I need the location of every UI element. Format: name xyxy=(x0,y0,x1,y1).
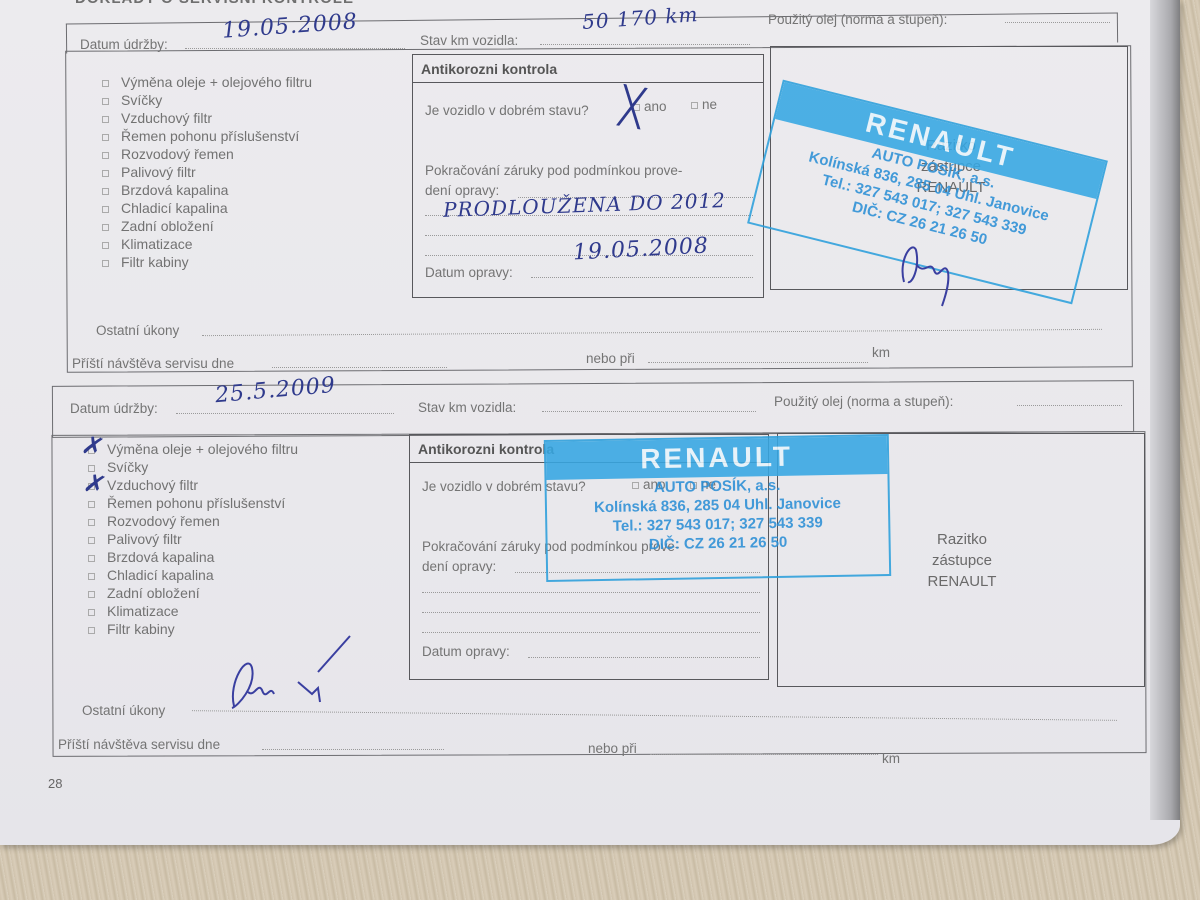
handwritten-x-mark-icon: ╳ xyxy=(618,85,646,129)
checkbox[interactable] xyxy=(102,152,109,159)
label-ostatni-ukony: Ostatní úkony xyxy=(96,323,179,338)
label-km: km xyxy=(872,345,890,360)
signature-2 xyxy=(222,632,362,714)
checkbox[interactable] xyxy=(88,501,95,508)
checkbox-ne[interactable] xyxy=(691,102,698,109)
field-km[interactable] xyxy=(648,362,868,363)
label-zaruka: Pokračování záruky pod podmínkou prove- xyxy=(425,163,682,178)
field-stav-km[interactable] xyxy=(540,44,750,45)
checkbox[interactable] xyxy=(102,80,109,87)
label-zaruka-2: dení opravy: xyxy=(422,559,496,574)
checklist-item[interactable]: Rozvodový řemen xyxy=(88,512,298,530)
label-dobry-stav: Je vozidlo v dobrém stavu? xyxy=(425,103,589,118)
page-edge xyxy=(1150,0,1180,820)
checklist-item[interactable]: Vzduchový filtr xyxy=(88,476,298,494)
checkbox[interactable] xyxy=(88,519,95,526)
field-km-2[interactable] xyxy=(650,754,878,755)
checkbox[interactable] xyxy=(102,134,109,141)
checklist-record-1: Výměna oleje + olejového filtru Svíčky V… xyxy=(102,73,312,271)
field-datum-opravy[interactable] xyxy=(531,277,753,278)
value-datum-opravy: 19.05.2008 xyxy=(572,233,709,265)
label-nebo-pri: nebo při xyxy=(586,351,635,366)
checkbox[interactable] xyxy=(88,609,95,616)
checklist-item[interactable]: Řemen pohonu příslušenství xyxy=(102,127,312,145)
checklist-record-2: Výměna oleje + olejového filtru Svíčky V… xyxy=(88,440,298,638)
label-datum-udrzby-2: Datum údržby: xyxy=(70,401,158,416)
stamp-placeholder-label: RazitkozástupceRENAULT xyxy=(902,529,1022,592)
field-pouzity-olej[interactable] xyxy=(1005,22,1110,23)
option-ne[interactable]: ne xyxy=(691,97,717,112)
checkbox[interactable] xyxy=(88,591,95,598)
field-pristi-navsteva-2[interactable] xyxy=(262,749,444,750)
label-nebo-pri-2: nebo při xyxy=(588,741,637,756)
checklist-item[interactable]: Výměna oleje + olejového filtru xyxy=(102,73,312,91)
label-pristi-navsteva-2: Příští návštěva servisu dne xyxy=(58,737,220,752)
checkbox[interactable] xyxy=(102,170,109,177)
checklist-item[interactable]: Svíčky xyxy=(102,91,312,109)
field-datum-opravy-2[interactable] xyxy=(528,657,760,658)
label-pouzity-olej: Použitý olej (norma a stupeň): xyxy=(768,12,947,27)
checkbox[interactable] xyxy=(102,224,109,231)
checkbox[interactable] xyxy=(88,537,95,544)
checkbox[interactable] xyxy=(102,116,109,123)
label-stav-km: Stav km vozidla: xyxy=(420,33,518,48)
label-datum-opravy: Datum opravy: xyxy=(422,644,510,659)
checklist-item[interactable]: Chladicí kapalina xyxy=(102,199,312,217)
label-km-2: km xyxy=(882,751,900,766)
section-heading: DOKLADY O SERVISNÍ KONTROLE xyxy=(75,0,354,7)
checklist-item[interactable]: Zadní obložení xyxy=(102,217,312,235)
signature-1 xyxy=(890,220,980,310)
field-stav-km-2[interactable] xyxy=(542,411,756,412)
checkbox[interactable] xyxy=(102,206,109,213)
checkbox[interactable] xyxy=(88,573,95,580)
label-pristi-navsteva: Příští návštěva servisu dne xyxy=(72,356,234,371)
checklist-item[interactable]: Brzdová kapalina xyxy=(88,548,298,566)
page-number: 28 xyxy=(48,776,62,791)
checklist-item[interactable]: Klimatizace xyxy=(102,235,312,253)
field-pouzity-olej-2[interactable] xyxy=(1017,405,1122,406)
anticorrosion-box-1: Antikorozni kontrola Je vozidlo v dobrém… xyxy=(412,54,764,298)
field-pristi-navsteva[interactable] xyxy=(272,367,447,368)
label-ostatni-ukony-2: Ostatní úkony xyxy=(82,703,165,718)
label-datum-opravy: Datum opravy: xyxy=(425,265,513,280)
checklist-item[interactable]: Výměna oleje + olejového filtru xyxy=(88,440,298,458)
label-stav-km-2: Stav km vozidla: xyxy=(418,400,516,415)
checkbox[interactable] xyxy=(102,242,109,249)
checklist-item[interactable]: Chladicí kapalina xyxy=(88,566,298,584)
checklist-item[interactable]: Palivový filtr xyxy=(88,530,298,548)
field-datum-udrzby-2[interactable] xyxy=(176,413,394,414)
label-pouzity-olej-2: Použitý olej (norma a stupeň): xyxy=(774,394,953,409)
checklist-item[interactable]: Palivový filtr xyxy=(102,163,312,181)
checklist-item[interactable]: Filtr kabiny xyxy=(102,253,312,271)
checkbox[interactable] xyxy=(88,555,95,562)
service-book-page: DOKLADY O SERVISNÍ KONTROLE Datum údržby… xyxy=(0,0,1180,845)
checklist-item[interactable]: Vzduchový filtr xyxy=(102,109,312,127)
checklist-item[interactable]: Svíčky xyxy=(88,458,298,476)
checklist-item[interactable]: Rozvodový řemen xyxy=(102,145,312,163)
checklist-item[interactable]: Brzdová kapalina xyxy=(102,181,312,199)
checkbox[interactable] xyxy=(102,260,109,267)
dealer-stamp-2: RENAULT AUTO POSÍK, a.s. Kolínská 836, 2… xyxy=(544,434,891,582)
checkbox[interactable] xyxy=(88,627,95,634)
checkbox[interactable] xyxy=(102,98,109,105)
checklist-item[interactable]: Klimatizace xyxy=(88,602,298,620)
checklist-item[interactable]: Řemen pohonu příslušenství xyxy=(88,494,298,512)
checklist-item[interactable]: Zadní obložení xyxy=(88,584,298,602)
anticorrosion-title: Antikorozni kontrola xyxy=(413,55,763,83)
checkbox[interactable] xyxy=(102,188,109,195)
